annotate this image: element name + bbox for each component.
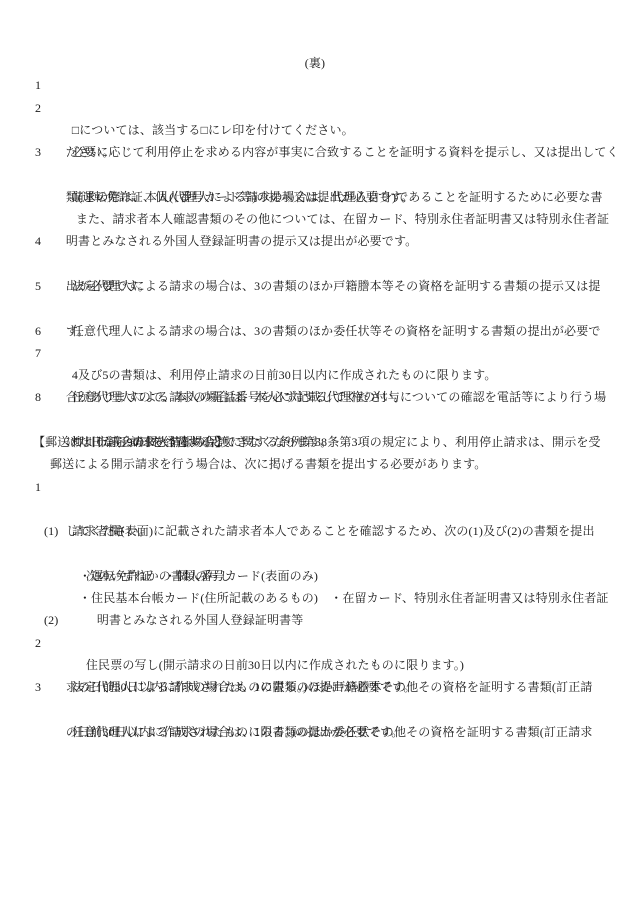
note-item-1: 1 □については、該当する□にレ印を付けてください。 [0, 74, 630, 96]
item-number: 4 [35, 230, 41, 252]
item-number: 6 [35, 320, 41, 342]
item-number: 8 [35, 386, 41, 408]
document-page: (裏) 1 □については、該当する□にレ印を付けてください。 2 必要に応じて利… [0, 0, 630, 903]
note-item-7-cont: 合がありますので、本人の電話番号を必ず記載してください。 [0, 364, 630, 386]
note-item-3-para2: また、請求者本人確認書類のその他については、在留カード、特別永住者証明書又は特別… [0, 186, 630, 208]
page-side-label: (裏) [0, 52, 630, 74]
item-number: 7 [35, 342, 41, 364]
subitem-number: (2) [44, 609, 58, 631]
mail-subitem-1: (1) 次のいずれかの書類の写し [0, 520, 630, 542]
mail-item-2: 2 法定代理人による請求の場合は、1の書類のほか戸籍謄本その他その資格を証明する… [0, 632, 630, 654]
subitem-number: (1) [44, 520, 58, 542]
item-number: 2 [35, 97, 41, 119]
mail-item-2-cont: 求の日前30日以内に作成されたものに限る。)の提出が必要です。 [0, 654, 630, 676]
mail-item-3: 3 任意代理人による請求の場合は、1の書類のほか委任状その他その資格を証明する書… [0, 676, 630, 698]
document-lines: (裏) 1 □については、該当する□にレ印を付けてください。 2 必要に応じて利… [0, 52, 630, 721]
mail-section-intro: 郵送による開示請求を行う場合は、次に掲げる書類を提出する必要があります。 [0, 453, 630, 475]
note-item-8: 8 柳川市議会の個人情報の保護に関する条例第38条第3項の規定により、利用停止請… [0, 386, 630, 408]
note-item-6: 6 4及び5の書類は、利用停止請求の日前30日以内に作成されたものに限ります。 [0, 320, 630, 342]
mail-bullet-2-cont: 明書とみなされる外国人登録証明書等 [0, 587, 630, 609]
mail-item-3-cont: の日前30日以内に作成されたものに限る。)の提出が必要です。 [0, 699, 630, 721]
mail-item-1: 1 請求者欄(表面)に記載された請求者本人であることを確認するため、次の(1)及… [0, 476, 630, 498]
mail-bullet-2: ・住民基本台帳カード(住所記載のあるもの) ・在留カード、特別永住者証明書又は特… [0, 565, 630, 587]
note-item-3-cont: 類(運転免許証、個人番号カード等)の提示又は提出が必要です。 [0, 163, 630, 185]
mail-item-1-cont: してください。 [0, 498, 630, 520]
note-item-4-cont: 出が必要です。 [0, 253, 630, 275]
item-number: 1 [35, 476, 41, 498]
note-item-2-cont: ださい。 [0, 119, 630, 141]
note-item-2: 2 必要に応じて利用停止を求める内容が事実に合致することを証明する資料を提示し、… [0, 97, 630, 119]
mail-bullet-1: ・運転免許証 ・個人番号カード(表面のみ) [0, 543, 630, 565]
note-item-3: 3 請求の際は、本人(代理人による請求の場合は、代理人自身)であることを証明する… [0, 141, 630, 163]
note-item-4: 4 法定代理人による請求の場合は、3の書類のほか戸籍謄本等その資格を証明する書類… [0, 230, 630, 252]
item-number: 1 [35, 74, 41, 96]
line-text: の日前30日以内に作成されたものに限る。)の提出が必要です。 [66, 725, 404, 739]
note-item-8-cont: けた日から90日を経過するとできなくなります。 [0, 409, 630, 431]
mail-section-heading: 【郵送により訂正請求をする場合】 [0, 431, 630, 453]
note-item-3-para2-cont: 明書とみなされる外国人登録証明書の提示又は提出が必要です。 [0, 208, 630, 230]
item-number: 2 [35, 632, 41, 654]
note-item-5-cont: す。 [0, 297, 630, 319]
mail-subitem-2: (2) 住民票の写し(開示請求の日前30日以内に作成されたものに限ります。) [0, 609, 630, 631]
note-item-5: 5 任意代理人による請求の場合は、3の書類のほか委任状等その資格を証明する書類の… [0, 275, 630, 297]
item-number: 3 [35, 141, 41, 163]
item-number: 5 [35, 275, 41, 297]
note-item-7: 7 任意代理人による請求の場合は、本人に対する代理権の付与についての確認を電話等… [0, 342, 630, 364]
item-number: 3 [35, 676, 41, 698]
